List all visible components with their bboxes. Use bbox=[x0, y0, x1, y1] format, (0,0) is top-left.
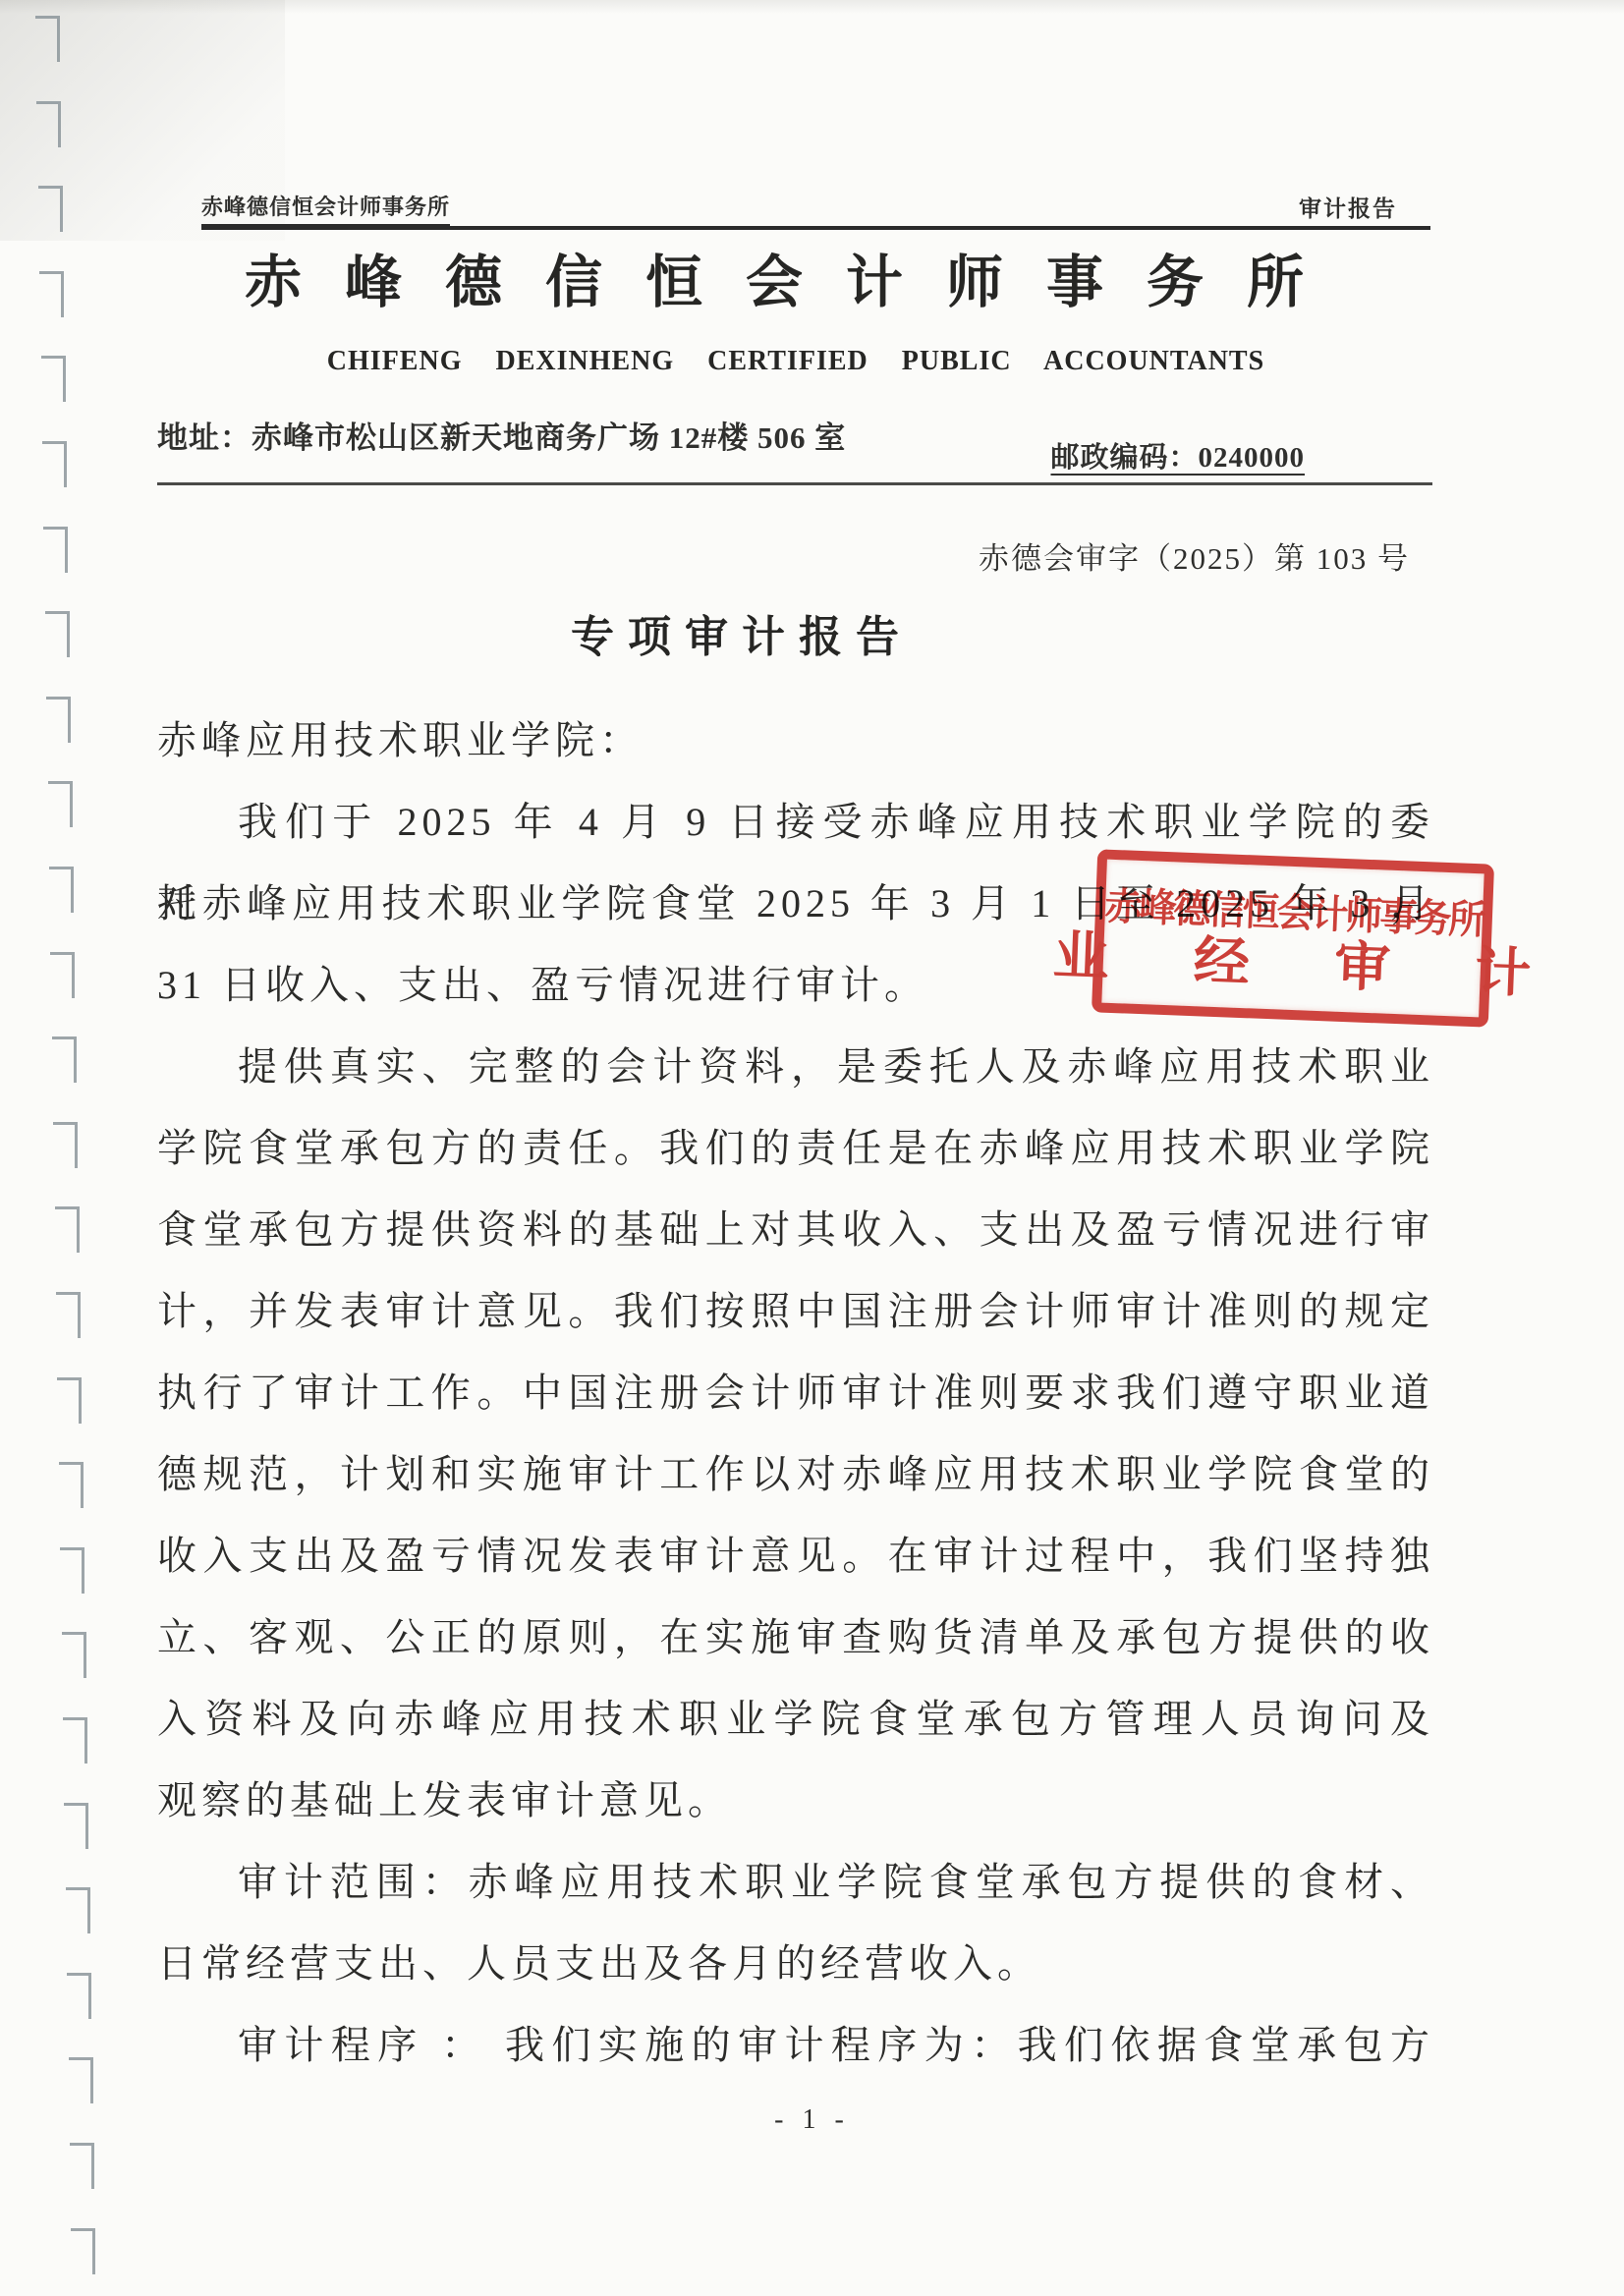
binding-mark bbox=[62, 1632, 86, 1678]
body-line: 审计程序 ： 我们实施的审计程序为：我们依据食堂承包方 bbox=[157, 2004, 1434, 2086]
body-line: 执行了审计工作。中国注册会计师审计准则要求我们遵守职业道 bbox=[157, 1352, 1434, 1433]
binding-mark bbox=[52, 1036, 77, 1083]
page-number: - 1 - bbox=[0, 2104, 1624, 2136]
postal-code: 邮政编码：0240000 bbox=[1050, 435, 1305, 476]
body-line: 学院食堂承包方的责任。我们的责任是在赤峰应用技术职业学院 bbox=[157, 1107, 1434, 1189]
body-line: 食堂承包方提供资料的基础上对其收入、支出及盈亏情况进行审 bbox=[157, 1189, 1434, 1270]
body-line: 入资料及向赤峰应用技术职业学院食堂承包方管理人员询问及 bbox=[157, 1678, 1434, 1760]
audit-stamp: 赤峰德信恒会计师事务所 业 经 审 计 bbox=[1092, 849, 1494, 1027]
header-firm-name: 赤峰德信恒会计师事务所 bbox=[201, 191, 450, 226]
binding-mark bbox=[69, 2057, 93, 2103]
body-line: 立、客观、公正的原则，在实施审查购货清单及承包方提供的收 bbox=[157, 1596, 1434, 1678]
scanned-audit-report-page: 赤峰德信恒会计师事务所 审计报告 赤峰德信恒会计师事务所 CHIFENG DEX… bbox=[0, 0, 1624, 2296]
binding-mark bbox=[46, 697, 71, 743]
binding-mark bbox=[48, 781, 73, 827]
firm-name-english: CHIFENG DEXINHENG CERTIFIED PUBLIC ACCOU… bbox=[157, 346, 1434, 377]
body-line: 收入支出及盈亏情况发表审计意见。在审计过程中，我们坚持独 bbox=[157, 1515, 1434, 1596]
binding-mark bbox=[36, 101, 61, 147]
body-line: 日常经营支出、人员支出及各月的经营收入。 bbox=[157, 1923, 1434, 2004]
stamp-audited-text: 业 经 审 计 bbox=[1052, 928, 1568, 1004]
binding-mark bbox=[49, 867, 74, 913]
binding-mark bbox=[63, 1717, 87, 1764]
binding-mark bbox=[57, 1377, 82, 1424]
binding-mark bbox=[66, 1887, 90, 1933]
binding-mark bbox=[67, 1973, 91, 2019]
body-line: 观察的基础上发表审计意见。 bbox=[157, 1760, 1434, 1841]
body-line: 审计范围：赤峰应用技术职业学院食堂承包方提供的食材、 bbox=[157, 1841, 1434, 1923]
binding-mark bbox=[39, 271, 64, 317]
binding-mark bbox=[71, 2228, 95, 2274]
binding-mark bbox=[35, 16, 60, 62]
binding-mark bbox=[59, 1462, 84, 1508]
page-header: 赤峰德信恒会计师事务所 审计报告 bbox=[201, 185, 1430, 230]
header-doc-type: 审计报告 bbox=[1299, 193, 1430, 226]
binding-mark bbox=[64, 1803, 88, 1849]
binding-mark bbox=[56, 1292, 81, 1338]
body-line: 计，并发表审计意见。我们按照中国注册会计师审计准则的规定 bbox=[157, 1270, 1434, 1352]
binding-mark bbox=[53, 1122, 78, 1168]
binding-mark bbox=[43, 527, 68, 573]
reference-number: 赤德会审字（2025）第 103 号 bbox=[979, 533, 1410, 578]
body-line: 我们于 2025 年 4 月 9 日接受赤峰应用技术职业学院的委托， bbox=[157, 781, 1434, 863]
body-line-salutation: 赤峰应用技术职业学院： bbox=[157, 700, 1434, 781]
body-line: 提供真实、完整的会计资料，是委托人及赤峰应用技术职业 bbox=[157, 1026, 1434, 1107]
binding-mark bbox=[70, 2143, 94, 2189]
binding-mark bbox=[38, 186, 63, 232]
binding-mark bbox=[41, 356, 66, 402]
postal-code-row: 邮政编码：0240000 bbox=[157, 435, 1432, 485]
binding-mark bbox=[42, 441, 67, 487]
report-title: 专项审计报告 bbox=[103, 601, 1380, 664]
firm-name-chinese: 赤峰德信恒会计师事务所 bbox=[157, 236, 1434, 318]
binding-mark bbox=[45, 611, 70, 657]
binding-mark bbox=[50, 952, 75, 998]
binding-mark bbox=[55, 1206, 80, 1253]
scan-shadow-top bbox=[0, 0, 1624, 14]
body-line: 德规范，计划和实施审计工作以对赤峰应用技术职业学院食堂的 bbox=[157, 1433, 1434, 1515]
binding-mark bbox=[60, 1547, 84, 1594]
